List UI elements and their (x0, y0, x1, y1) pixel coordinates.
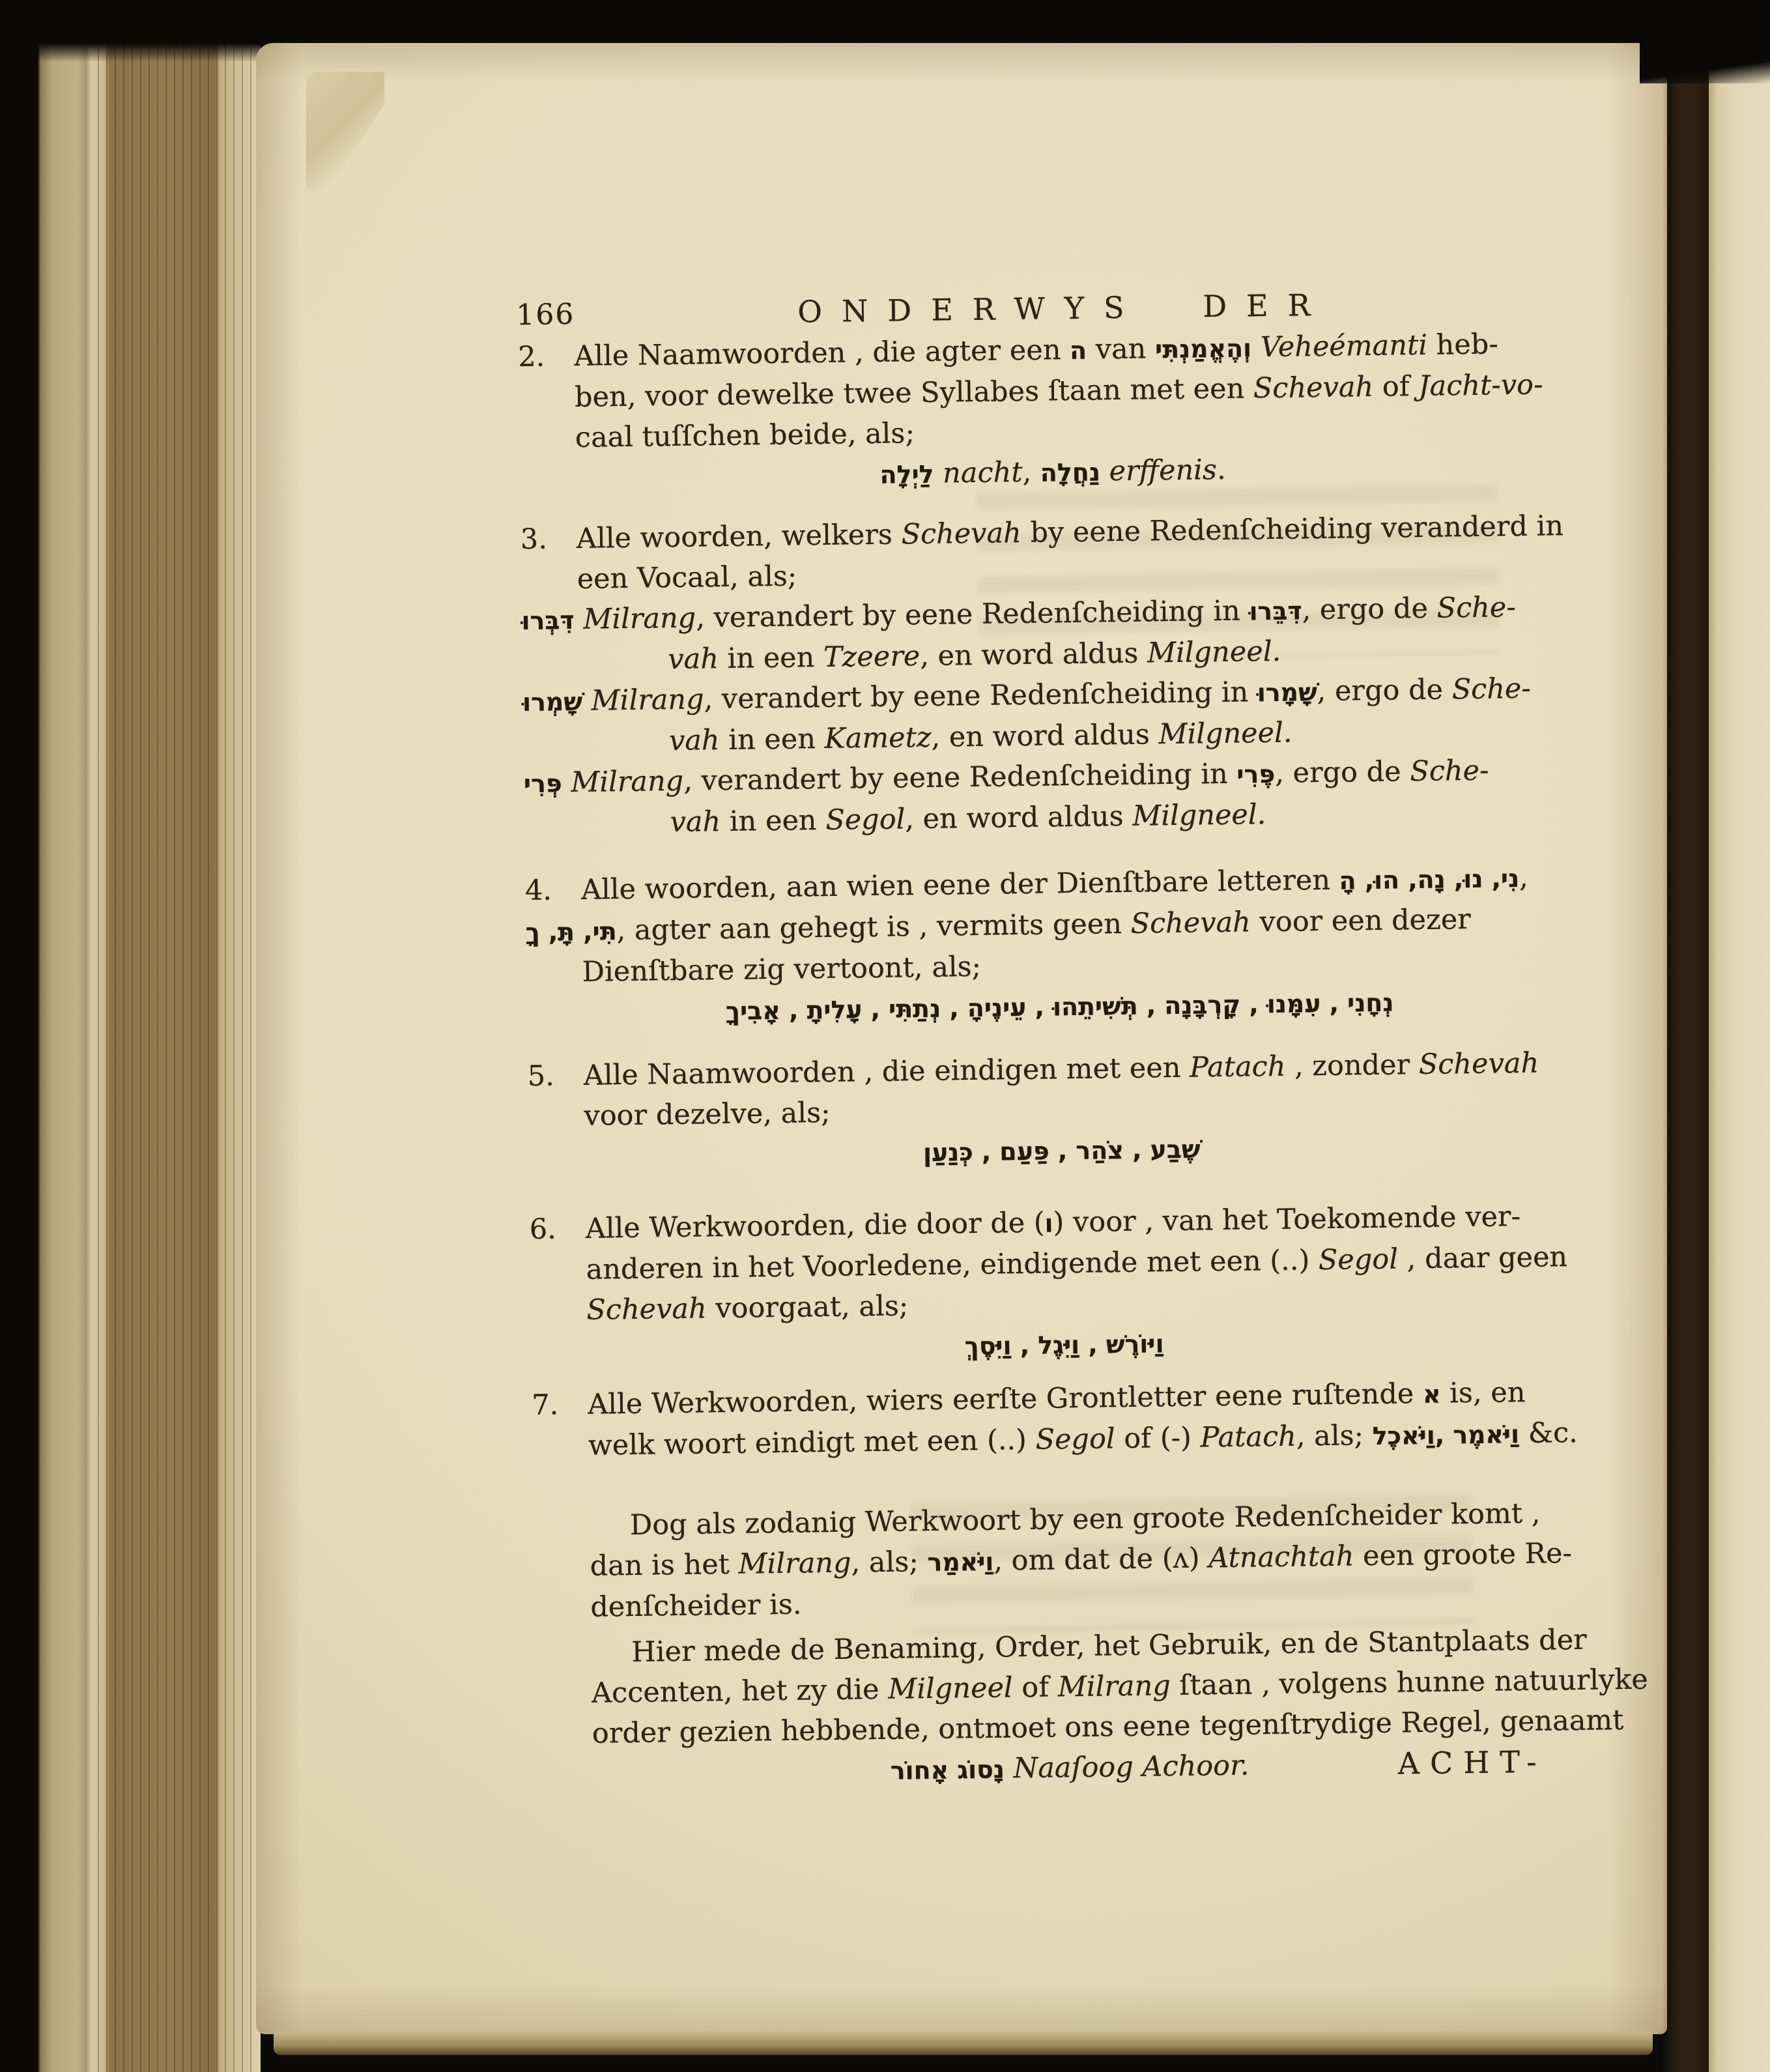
body-text-run (562, 766, 571, 799)
body-text-run: ſtaan , volgens hunne natuurlyke (1170, 1663, 1648, 1703)
body-text-run: , ergo de (1302, 592, 1437, 627)
italic-term: Milgneel. (1132, 798, 1266, 833)
body-text-run: Alle Naamwoorden , die eindigen met een (583, 1052, 1190, 1092)
italic-term: Schevah (586, 1292, 707, 1326)
body-text-run: welk woort eindigt met een (..) (588, 1424, 1036, 1462)
paragraph-number: 7. (532, 1385, 559, 1426)
body-text-run: , verandert by eene Redenſcheiding in (704, 676, 1257, 715)
body-text-run: van (1087, 332, 1156, 366)
body-text-run: of (-) (1115, 1422, 1201, 1456)
italic-term: Naaſoog Achoor. (1013, 1749, 1249, 1785)
body-text-run: anderen in het Voorledene, eindigende me… (586, 1244, 1319, 1286)
body-text-run: Alle Werkwoorden, wiers eerſte Grontlett… (588, 1377, 1423, 1421)
body-text-run (582, 685, 592, 717)
body-text-run: Alle woorden, aan wien eene der Dienſtba… (581, 864, 1339, 906)
hebrew-word: ה (1070, 336, 1087, 365)
paragraph: 5.Alle Naamwoorden , die eindigen met ee… (583, 1043, 1539, 1177)
paragraph: Dog als zodanig Werkwoort by een groote … (589, 1493, 1545, 1628)
body-text-run: is, en (1440, 1376, 1526, 1410)
italic-term: Segol (1035, 1422, 1115, 1456)
body-text-run: Dienſtbare zig vertoont, als; (582, 951, 981, 988)
body-text-run: een groote Re- (1354, 1537, 1572, 1572)
body-text-run: caal tuſſchen beide, als; (575, 417, 915, 454)
body-text-run: Alle Naamwoorden , die agter een (574, 334, 1070, 373)
body-text-run: , agter aan gehegt is , vermits geen (616, 908, 1131, 947)
body-text-run: , (1519, 861, 1528, 894)
body-text-run: , (1022, 456, 1040, 489)
next-page-sliver (1709, 0, 1770, 2072)
body-text-run: heb- (1427, 328, 1499, 361)
paragraph-number: 5. (527, 1056, 554, 1097)
body-text-run: of (1373, 370, 1419, 403)
italic-term: Milrang (591, 683, 704, 717)
hebrew-word: וְהֶאֱמַנְתִּי (1155, 334, 1252, 364)
hebrew-word: וַיֹּאמֶר ,וַיֹּאכֶל (1372, 1420, 1519, 1450)
hebrew-word: ו (1044, 1209, 1053, 1237)
body-text: 2.Alle Naamwoorden , die agter een ה van… (574, 324, 1547, 1795)
paragraph: 4.Alle woorden, aan wien eene der Dienſt… (581, 857, 1537, 1033)
body-text-run: , en word aldus (920, 637, 1148, 673)
italic-term: vah (670, 805, 721, 839)
italic-term: Milrang (738, 1547, 851, 1581)
italic-term: Patach (1200, 1420, 1296, 1454)
body-text-run: Alle woorden, welkers (577, 518, 902, 555)
page-number: 166 (516, 295, 575, 336)
hebrew-word: פְּרִי (524, 769, 562, 798)
body-text-run (1100, 455, 1109, 487)
italic-term: Sche- (1410, 755, 1489, 788)
italic-term: Milrang (571, 765, 684, 799)
italic-term: nacht (943, 456, 1023, 490)
italic-term: Kametz (824, 721, 932, 755)
body-text-run: , verandert by eene Redenſcheiding in (696, 594, 1249, 634)
italic-term: Sche- (1436, 591, 1516, 625)
body-text-run: in een (719, 723, 825, 756)
body-text-run: ) voor , van het Toekomende ver- (1053, 1200, 1520, 1239)
italic-term: Milgneel. (1147, 635, 1281, 670)
italic-term: Schevah (901, 517, 1021, 551)
hebrew-word: א (1423, 1380, 1441, 1409)
body-text-run: voor dezelve, als; (584, 1097, 831, 1132)
paragraph-number: 3. (521, 519, 548, 560)
body-text-run: by eene Redenſcheiding veranderd in (1021, 510, 1563, 549)
body-text-run: dan is het (590, 1548, 739, 1583)
paragraph: 2.Alle Naamwoorden , die agter een ה van… (574, 324, 1530, 499)
hebrew-word: נַחֲלָה (1040, 457, 1101, 487)
body-text-run: een Vocaal, als; (577, 560, 797, 596)
hebrew-word: וַיֹּאמַר (927, 1547, 993, 1577)
body-text-run (1251, 331, 1261, 364)
paragraph-number: 4. (525, 871, 552, 912)
italic-term: vah (669, 724, 720, 757)
body-text-run: voorgaat, als; (706, 1289, 908, 1325)
hebrew-word: דִּבְּרוּ (521, 606, 575, 635)
hebrew-word: נְחָנִי , עִמָּנוּ , קָרְבָּנָה , תְּשִׁ… (726, 988, 1394, 1026)
body-text-run: , en word aldus (931, 718, 1159, 754)
body-text-run: Accenten, het zy die (592, 1673, 889, 1710)
italic-term: Milrang (583, 602, 696, 636)
body-text-run (934, 457, 943, 490)
hebrew-word: שֶׁבַע , צֹהַר , פַּעַם , כְּנַעַן (923, 1135, 1201, 1168)
paragraph: 7.Alle Werkwoorden, wiers eerſte Grontle… (588, 1372, 1543, 1467)
italic-term: Schevah (1253, 371, 1374, 405)
body-text-run: voor een dezer (1251, 903, 1471, 938)
hebrew-word: שָׁמְרוּ (522, 687, 582, 717)
body-text-run: , om dat de (ʌ) (993, 1542, 1209, 1577)
hebrew-word: לַיְלָה (879, 460, 934, 489)
body-text-run: , ergo de (1317, 673, 1452, 708)
hebrew-word: שָׁמָרוּ (1257, 678, 1317, 707)
italic-term: Veheémanti (1260, 329, 1427, 364)
hebrew-word: דִּבֵּרוּ (1249, 596, 1302, 626)
hebrew-word: נִי, נוּ, נָה, הוּ, הָ (1339, 864, 1519, 895)
body-text-run: ben, voor dewelke twee Syllabes ſtaan me… (575, 372, 1254, 414)
body-text-run: , ergo de (1275, 755, 1410, 790)
italic-term: Patach (1190, 1050, 1286, 1084)
hebrew-word: תִּי, תָּ, ךָ (526, 917, 617, 947)
italic-term: Milrang (1057, 1669, 1171, 1703)
body-text-run: , en word aldus (905, 800, 1133, 836)
body-text-run (574, 603, 583, 636)
body-text-run: &c. (1519, 1417, 1578, 1450)
body-text-run: . (1217, 453, 1226, 486)
italic-term: Segol (1319, 1243, 1399, 1277)
paragraph: 3.Alle woorden, welkers Schevah by eene … (577, 506, 1535, 844)
italic-term: Tzeere (823, 640, 921, 674)
book-gutter (1662, 0, 1710, 2072)
body-text-run: of (1012, 1671, 1058, 1704)
italic-term: Schevah (1130, 906, 1251, 940)
body-text-run: , als; (851, 1546, 928, 1579)
paragraph-number: 6. (529, 1209, 556, 1250)
paragraph: Hier mede de Benaming, Order, het Gebrui… (591, 1620, 1547, 1795)
body-text-run: in een (721, 804, 826, 838)
background-shadow-top-right (1640, 0, 1770, 83)
body-text-run: denſcheider is. (590, 1589, 802, 1624)
italic-term: Milgneel. (1158, 717, 1292, 751)
italic-term: vah (668, 642, 719, 676)
body-text-run: Alle Werkwoorden, die door de ( (585, 1207, 1045, 1245)
italic-term: erffenis (1109, 453, 1217, 487)
bottom-page-edges (274, 2032, 1653, 2055)
italic-term: Schevah (1419, 1047, 1539, 1081)
body-text-run (1005, 1752, 1014, 1785)
italic-term: Segol (825, 803, 906, 837)
content-column: 166 ONDERWYS DER 2.Alle Naamwoorden , di… (573, 282, 1547, 1795)
body-text-run: , zonder (1285, 1048, 1419, 1083)
italic-term: Atnachtah (1208, 1540, 1354, 1574)
catchword: ACHT- (1397, 1742, 1547, 1784)
hebrew-word: נָסוֹג אָחוֹר (891, 1755, 1005, 1785)
page-stack-edge (98, 0, 254, 2072)
hebrew-word: וַיּוֹרֶשׁ , וַיִּגֶל , וַיִּסֶךְ (965, 1329, 1164, 1360)
body-text-run: in een (719, 641, 824, 675)
italic-term: Sche- (1451, 672, 1531, 706)
paragraph: 6.Alle Werkwoorden, die door de (ו) voor… (585, 1196, 1541, 1372)
body-text-run: , verandert by eene Redenſcheiding in (683, 758, 1237, 798)
body-text-run: , daar geen (1398, 1241, 1568, 1275)
body-text-run: , als; (1296, 1419, 1373, 1453)
italic-term: Milgneel (888, 1671, 1013, 1706)
italic-term: Jacht-vo- (1418, 369, 1543, 403)
hebrew-word: פֶּרִי (1236, 760, 1275, 789)
paragraph-number: 2. (518, 337, 545, 378)
